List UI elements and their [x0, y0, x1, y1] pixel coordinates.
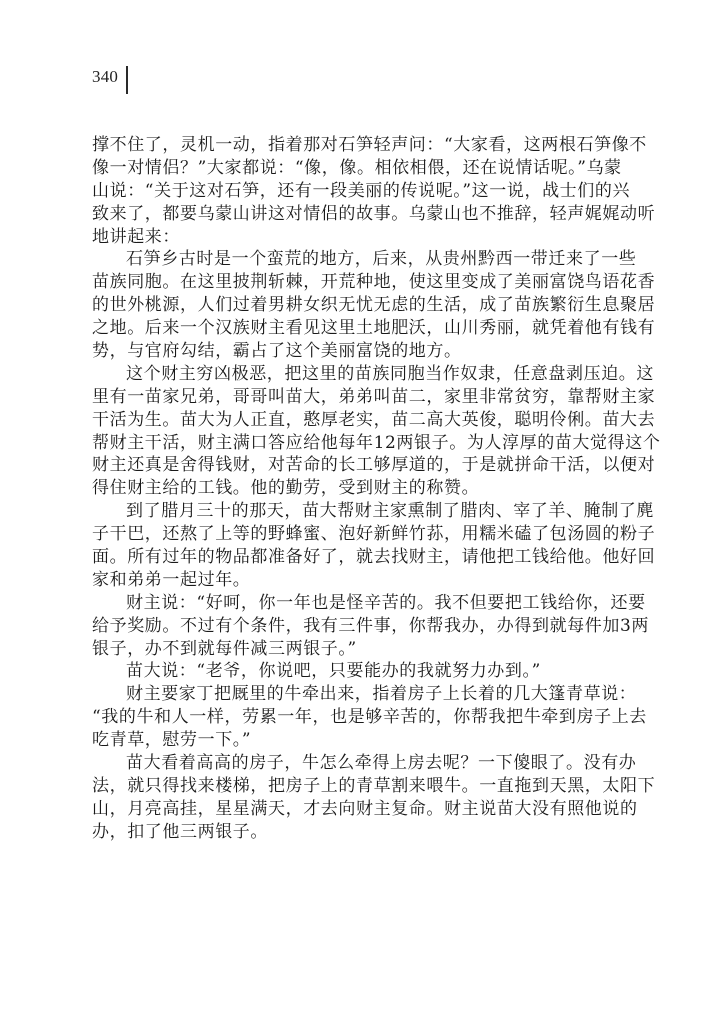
header-divider — [126, 66, 128, 94]
text-line: 山，月亮高挂，星星满天，才去向财主复命。财主说苗大没有照他说的 — [92, 798, 602, 821]
text-line: 干活为生。苗大为人正直，憨厚老实，苗二高大英俊，聪明伶俐。苗大去 — [92, 409, 602, 432]
text-line: 面。所有过年的物品都准备好了，就去找财主，请他把工钱给他。他好回 — [92, 546, 602, 569]
paragraph: 石笋乡古时是一个蛮荒的地方，后来，从贵州黔西一带迁来了一些 苗族同胞。在这里披荆… — [92, 248, 602, 362]
text-line: 这个财主穷凶极恶，把这里的苗族同胞当作奴隶，任意盘剥压迫。这 — [92, 363, 602, 386]
page-number: 340 — [92, 68, 118, 86]
text-line: 得住财主给的工钱。他的勤劳，受到财主的称赞。 — [92, 477, 602, 500]
text-line: 山说：“关于这对石笋，还有一段美丽的传说呢。”这一说，战士们的兴 — [92, 180, 602, 203]
text-line: 势，与官府勾结，霸占了这个美丽富饶的地方。 — [92, 340, 602, 363]
text-line: 办，扣了他三两银子。 — [92, 821, 602, 844]
text-line: 财主要家丁把厩里的牛牵出来，指着房子上长着的几大篷青草说： — [92, 683, 602, 706]
text-line: 石笋乡古时是一个蛮荒的地方，后来，从贵州黔西一带迁来了一些 — [92, 248, 602, 271]
text-line: 帮财主干活，财主满口答应给他每年12两银子。为人淳厚的苗大觉得这个 — [92, 432, 602, 455]
text-line: 家和弟弟一起过年。 — [92, 569, 602, 592]
text-line: 银子，办不到就每件减三两银子。” — [92, 638, 602, 661]
paragraph: 苗大说：“老爷，你说吧，只要能办的我就努力办到。” — [92, 660, 602, 683]
paragraph: 撑不住了，灵机一动，指着那对石笋轻声问：“大家看，这两根石笋像不 像一对情侣？”… — [92, 134, 602, 248]
paragraph: 这个财主穷凶极恶，把这里的苗族同胞当作奴隶，任意盘剥压迫。这 里有一苗家兄弟，哥… — [92, 363, 602, 500]
text-line: 里有一苗家兄弟，哥哥叫苗大，弟弟叫苗二，家里非常贫穷，靠帮财主家 — [92, 386, 602, 409]
text-line: 苗族同胞。在这里披荆斩棘，开荒种地，使这里变成了美丽富饶鸟语花香 — [92, 271, 602, 294]
text-line: 撑不住了，灵机一动，指着那对石笋轻声问：“大家看，这两根石笋像不 — [92, 134, 602, 157]
paragraph: 财主要家丁把厩里的牛牵出来，指着房子上长着的几大篷青草说： “我的牛和人一样，劳… — [92, 683, 602, 752]
paragraph: 苗大看着高高的房子，牛怎么牵得上房去呢？一下傻眼了。没有办 法，就只得找来楼梯，… — [92, 752, 602, 844]
text-line: “我的牛和人一样，劳累一年，也是够辛苦的，你帮我把牛牵到房子上去 — [92, 706, 602, 729]
text-line: 之地。后来一个汉族财主看见这里土地肥沃，山川秀丽，就凭着他有钱有 — [92, 317, 602, 340]
text-line: 财主说：“好呵，你一年也是怪辛苦的。我不但要把工钱给你，还要 — [92, 592, 602, 615]
text-line: 法，就只得找来楼梯，把房子上的青草割来喂牛。一直拖到天黑，太阳下 — [92, 775, 602, 798]
text-line: 财主还真是舍得钱财，对苦命的长工够厚道的，于是就拼命干活，以便对 — [92, 454, 602, 477]
paragraph: 财主说：“好呵，你一年也是怪辛苦的。我不但要把工钱给你，还要 给予奖励。不过有个… — [92, 592, 602, 661]
text-line: 给予奖励。不过有个条件，我有三件事，你帮我办，办得到就每件加3两 — [92, 615, 602, 638]
text-line: 苗大看着高高的房子，牛怎么牵得上房去呢？一下傻眼了。没有办 — [92, 752, 602, 775]
text-line: 子干巴，还熬了上等的野蜂蜜、泡好新鲜竹荪，用糯米磕了包汤圆的粉子 — [92, 523, 602, 546]
text-line: 的世外桃源，人们过着男耕女织无忧无虑的生活，成了苗族繁衍生息聚居 — [92, 294, 602, 317]
text-line: 致来了，都要乌蒙山讲这对情侣的故事。乌蒙山也不推辞，轻声娓娓动听 — [92, 203, 602, 226]
text-line: 地讲起来： — [92, 226, 602, 249]
text-line: 苗大说：“老爷，你说吧，只要能办的我就努力办到。” — [92, 660, 602, 683]
text-line: 到了腊月三十的那天，苗大帮财主家熏制了腊肉、宰了羊、腌制了麂 — [92, 500, 602, 523]
text-line: 吃青草，慰劳一下。” — [92, 729, 602, 752]
text-line: 像一对情侣？”大家都说：“像，像。相依相偎，还在说情话呢。”乌蒙 — [92, 157, 602, 180]
body-text: 撑不住了，灵机一动，指着那对石笋轻声问：“大家看，这两根石笋像不 像一对情侣？”… — [92, 134, 602, 844]
paragraph: 到了腊月三十的那天，苗大帮财主家熏制了腊肉、宰了羊、腌制了麂 子干巴，还熬了上等… — [92, 500, 602, 592]
